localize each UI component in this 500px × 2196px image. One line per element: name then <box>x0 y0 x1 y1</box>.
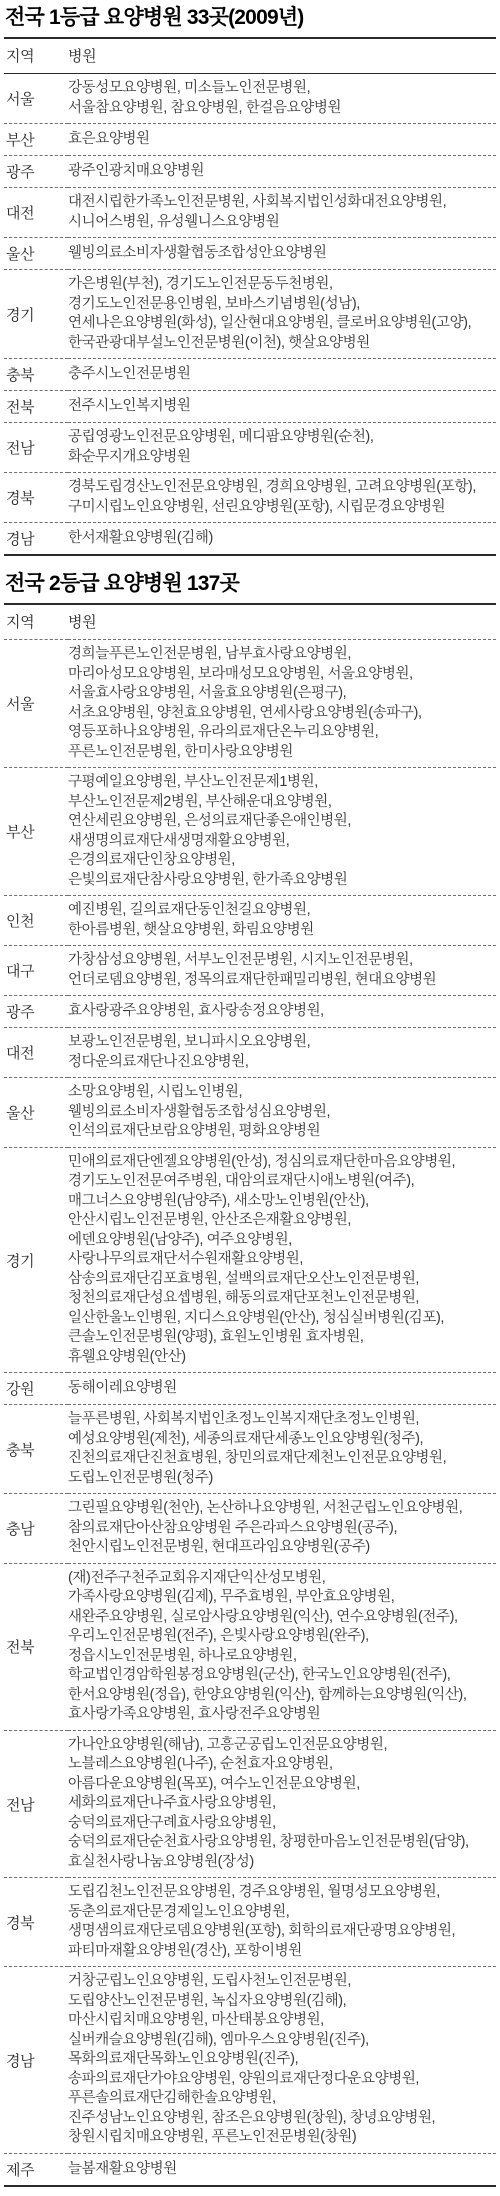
region-cell: 서울 <box>4 640 68 768</box>
hospitals-cell: 예진병원, 길의료재단동인천길요양병원, 한아름병원, 햇살요양병원, 화림요양… <box>68 896 496 946</box>
table-row: 부산구평예일요양병원, 부산노인전문제1병원, 부산노인전문제2병원, 부산해운… <box>4 768 496 896</box>
region-cell: 대전 <box>4 188 68 238</box>
hospitals-cell: 소망요양병원, 시립노인병원, 웰빙의료소비자생활협동조합성심요양병원, 인석의… <box>68 1078 496 1148</box>
region-cell: 경기 <box>4 270 68 359</box>
region-cell: 강원 <box>4 1373 68 1405</box>
table-row: 경남한서재활요양병원(김해) <box>4 523 496 556</box>
table-row: 경북도립김천노인전문요양병원, 경주요양병원, 월명성모요양병원, 동춘의료재단… <box>4 1878 496 1967</box>
header-row: 지역 병원 <box>4 38 496 74</box>
hospitals-cell: 효은요양병원 <box>68 124 496 156</box>
hospitals-cell: 가창삼성요양병원, 서부노인전문병원, 시지노인전문병원, 언더로뎀요양병원, … <box>68 946 496 996</box>
table-row: 울산웰빙의료소비자생활협동조합성안요양병원 <box>4 238 496 270</box>
region-cell: 충남 <box>4 1494 68 1564</box>
region-cell: 경북 <box>4 473 68 523</box>
region-cell: 대구 <box>4 946 68 996</box>
hospital-column-header: 병원 <box>68 604 496 640</box>
region-cell: 서울 <box>4 74 68 124</box>
grade1-title: 전국 1등급 요양병원 33곳(2009년) <box>5 6 495 30</box>
grade2-title: 전국 2등급 요양병원 137곳 <box>5 572 495 596</box>
region-cell: 경기 <box>4 1147 68 1373</box>
hospitals-cell: 효사랑광주요양병원, 효사랑송정요양병원, <box>68 996 496 1028</box>
region-column-header: 지역 <box>4 38 68 74</box>
region-cell: 충북 <box>4 359 68 391</box>
table-row: 서울경희늘푸른노인전문병원, 남부효사랑요양병원, 마리아성모요양병원, 보라매… <box>4 640 496 768</box>
hospitals-cell: 공립영광노인전문요양병원, 메디팜요양병원(순천), 화순무지개요양병원 <box>68 423 496 473</box>
hospitals-cell: 늘푸른병원, 사회복지법인초정노인복지재단초정노인병원, 예성요양병원(제천),… <box>68 1405 496 1494</box>
table-row: 전북(재)전주구천주교회유지재단익산성모병원, 가족사랑요양병원(김제), 무주… <box>4 1563 496 1730</box>
region-cell: 경북 <box>4 1878 68 1967</box>
table-row: 제주늘봄재활요양병원 <box>4 2153 496 2186</box>
hospital-column-header: 병원 <box>68 38 496 74</box>
hospitals-cell: 대전시립한가족노인전문병원, 사회복지법인성화대전요양병원, 시니어스병원, 유… <box>68 188 496 238</box>
region-cell: 전남 <box>4 1730 68 1878</box>
table-row: 경기가은병원(부천), 경기도노인전문동두천병원, 경기도노인전문용인병원, 보… <box>4 270 496 359</box>
region-cell: 전남 <box>4 423 68 473</box>
hospitals-cell: 경북도립경산노인전문요양병원, 경희요양병원, 고려요양병원(포항), 구미시립… <box>68 473 496 523</box>
table-row: 경남거창군립노인요양병원, 도립사천노인전문병원, 도립양산노인전문병원, 녹십… <box>4 1967 496 2154</box>
hospitals-cell: 웰빙의료소비자생활협동조합성안요양병원 <box>68 238 496 270</box>
region-cell: 광주 <box>4 996 68 1028</box>
hospitals-cell: 한서재활요양병원(김해) <box>68 523 496 556</box>
hospitals-cell: 전주시노인복지병원 <box>68 391 496 423</box>
header-row: 지역 병원 <box>4 604 496 640</box>
hospitals-cell: 동해이레요양병원 <box>68 1373 496 1405</box>
hospitals-cell: 거창군립노인요양병원, 도립사천노인전문병원, 도립양산노인전문병원, 녹십자요… <box>68 1967 496 2154</box>
hospitals-cell: 늘봄재활요양병원 <box>68 2153 496 2186</box>
region-cell: 대전 <box>4 1028 68 1078</box>
table-row: 광주광주인광치매요양병원 <box>4 156 496 188</box>
hospitals-cell: 구평예일요양병원, 부산노인전문제1병원, 부산노인전문제2병원, 부산해운대요… <box>68 768 496 896</box>
table-row: 경기민애의료재단엔젤요양병원(안성), 정심의료재단한마음요양병원, 경기도노인… <box>4 1147 496 1373</box>
region-cell: 부산 <box>4 124 68 156</box>
table-row: 강원동해이레요양병원 <box>4 1373 496 1405</box>
region-cell: 전북 <box>4 1563 68 1730</box>
hospitals-cell: 충주시노인전문병원 <box>68 359 496 391</box>
hospitals-cell: 보광노인전문병원, 보니파시오요양병원, 정다운의료재단나진요양병원, <box>68 1028 496 1078</box>
hospitals-cell: 그린필요양병원(천안), 논산하나요양병원, 서천군립노인요양병원, 참의료재단… <box>68 1494 496 1564</box>
grade2-table-body: 서울경희늘푸른노인전문병원, 남부효사랑요양병원, 마리아성모요양병원, 보라매… <box>4 640 496 2186</box>
region-cell: 광주 <box>4 156 68 188</box>
table-row: 충북늘푸른병원, 사회복지법인초정노인복지재단초정노인병원, 예성요양병원(제천… <box>4 1405 496 1494</box>
table-row: 광주효사랑광주요양병원, 효사랑송정요양병원, <box>4 996 496 1028</box>
table-row: 전남공립영광노인전문요양병원, 메디팜요양병원(순천), 화순무지개요양병원 <box>4 423 496 473</box>
region-cell: 제주 <box>4 2153 68 2186</box>
grade1-table-body: 서울강동성모요양병원, 미소들노인전문병원, 서울참요양병원, 참요양병원, 한… <box>4 74 496 556</box>
grade2-table: 지역 병원 서울경희늘푸른노인전문병원, 남부효사랑요양병원, 마리아성모요양병… <box>4 603 496 2187</box>
hospitals-cell: 도립김천노인전문요양병원, 경주요양병원, 월명성모요양병원, 동춘의료재단문경… <box>68 1878 496 1967</box>
grade2-table-header: 지역 병원 <box>4 604 496 640</box>
hospitals-cell: 가나안요양병원(해남), 고흥군공립노인전문요양병원, 노블레스요양병원(나주)… <box>68 1730 496 1878</box>
table-row: 충남그린필요양병원(천안), 논산하나요양병원, 서천군립노인요양병원, 참의료… <box>4 1494 496 1564</box>
grade1-section: 전국 1등급 요양병원 33곳(2009년) 지역 병원 서울강동성모요양병원,… <box>4 6 496 556</box>
table-row: 대구가창삼성요양병원, 서부노인전문병원, 시지노인전문병원, 언더로뎀요양병원… <box>4 946 496 996</box>
region-cell: 경남 <box>4 523 68 556</box>
region-cell: 울산 <box>4 238 68 270</box>
grade2-section: 전국 2등급 요양병원 137곳 지역 병원 서울경희늘푸른노인전문병원, 남부… <box>4 572 496 2187</box>
table-row: 대전보광노인전문병원, 보니파시오요양병원, 정다운의료재단나진요양병원, <box>4 1028 496 1078</box>
region-column-header: 지역 <box>4 604 68 640</box>
region-cell: 전북 <box>4 391 68 423</box>
hospitals-cell: 경희늘푸른노인전문병원, 남부효사랑요양병원, 마리아성모요양병원, 보라매성모… <box>68 640 496 768</box>
hospitals-cell: (재)전주구천주교회유지재단익산성모병원, 가족사랑요양병원(김제), 무주효병… <box>68 1563 496 1730</box>
nursing-hospital-rankings-page: 전국 1등급 요양병원 33곳(2009년) 지역 병원 서울강동성모요양병원,… <box>0 0 500 2187</box>
table-row: 대전대전시립한가족노인전문병원, 사회복지법인성화대전요양병원, 시니어스병원,… <box>4 188 496 238</box>
table-row: 서울강동성모요양병원, 미소들노인전문병원, 서울참요양병원, 참요양병원, 한… <box>4 74 496 124</box>
table-row: 전남가나안요양병원(해남), 고흥군공립노인전문요양병원, 노블레스요양병원(나… <box>4 1730 496 1878</box>
table-row: 충북충주시노인전문병원 <box>4 359 496 391</box>
table-row: 경북경북도립경산노인전문요양병원, 경희요양병원, 고려요양병원(포항), 구미… <box>4 473 496 523</box>
table-row: 울산소망요양병원, 시립노인병원, 웰빙의료소비자생활협동조합성심요양병원, 인… <box>4 1078 496 1148</box>
region-cell: 충북 <box>4 1405 68 1494</box>
table-row: 부산효은요양병원 <box>4 124 496 156</box>
region-cell: 인천 <box>4 896 68 946</box>
grade1-table-header: 지역 병원 <box>4 38 496 74</box>
table-row: 전북전주시노인복지병원 <box>4 391 496 423</box>
grade1-table: 지역 병원 서울강동성모요양병원, 미소들노인전문병원, 서울참요양병원, 참요… <box>4 37 496 556</box>
hospitals-cell: 민애의료재단엔젤요양병원(안성), 정심의료재단한마음요양병원, 경기도노인전문… <box>68 1147 496 1373</box>
hospitals-cell: 가은병원(부천), 경기도노인전문동두천병원, 경기도노인전문용인병원, 보바스… <box>68 270 496 359</box>
region-cell: 부산 <box>4 768 68 896</box>
hospitals-cell: 강동성모요양병원, 미소들노인전문병원, 서울참요양병원, 참요양병원, 한걸음… <box>68 74 496 124</box>
table-row: 인천예진병원, 길의료재단동인천길요양병원, 한아름병원, 햇살요양병원, 화림… <box>4 896 496 946</box>
region-cell: 울산 <box>4 1078 68 1148</box>
hospitals-cell: 광주인광치매요양병원 <box>68 156 496 188</box>
region-cell: 경남 <box>4 1967 68 2154</box>
